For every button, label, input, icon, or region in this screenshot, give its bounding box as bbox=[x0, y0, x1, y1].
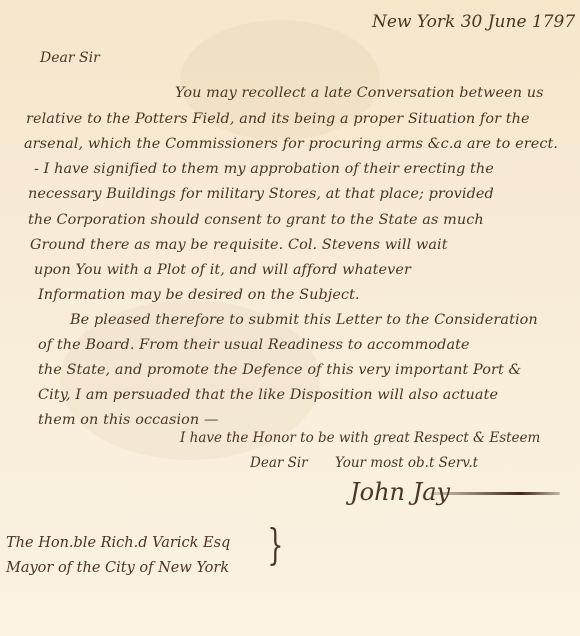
body-line: You may recollect a late Conversation be… bbox=[175, 85, 544, 101]
body-line: arsenal, which the Commissioners for pro… bbox=[24, 136, 558, 152]
body-line: the Corporation should consent to grant … bbox=[28, 212, 484, 228]
body-line: the State, and promote the Defence of th… bbox=[38, 362, 521, 378]
closing-line: I have the Honor to be with great Respec… bbox=[180, 430, 540, 446]
letter-page: New York 30 June 1797 Dear Sir You may r… bbox=[0, 0, 580, 636]
body-line: them on this occasion — bbox=[38, 412, 218, 428]
addressee-brace: } bbox=[267, 520, 283, 569]
body-line: Information may be desired on the Subjec… bbox=[38, 287, 360, 303]
salutation: Dear Sir bbox=[40, 50, 100, 66]
addressee-line: Mayor of the City of New York bbox=[6, 560, 229, 576]
body-line: relative to the Potters Field, and its b… bbox=[26, 111, 530, 127]
addressee-line: The Hon.ble Rich.d Varick Esq bbox=[6, 535, 230, 551]
closing-servant: Your most ob.t Serv.t bbox=[335, 455, 478, 471]
body-line: necessary Buildings for military Stores,… bbox=[28, 186, 494, 202]
body-line: of the Board. From their usual Readiness… bbox=[38, 337, 470, 353]
dateline: New York 30 June 1797 bbox=[372, 12, 575, 32]
body-line: Ground there as may be requisite. Col. S… bbox=[30, 237, 448, 253]
closing-salutation: Dear Sir bbox=[250, 455, 308, 471]
body-line: - I have signified to them my approbatio… bbox=[34, 161, 494, 177]
body-line: Be pleased therefore to submit this Lett… bbox=[70, 312, 538, 328]
signature-flourish bbox=[430, 492, 560, 495]
body-line: upon You with a Plot of it, and will aff… bbox=[34, 262, 411, 278]
body-line: City, I am persuaded that the like Dispo… bbox=[38, 387, 498, 403]
